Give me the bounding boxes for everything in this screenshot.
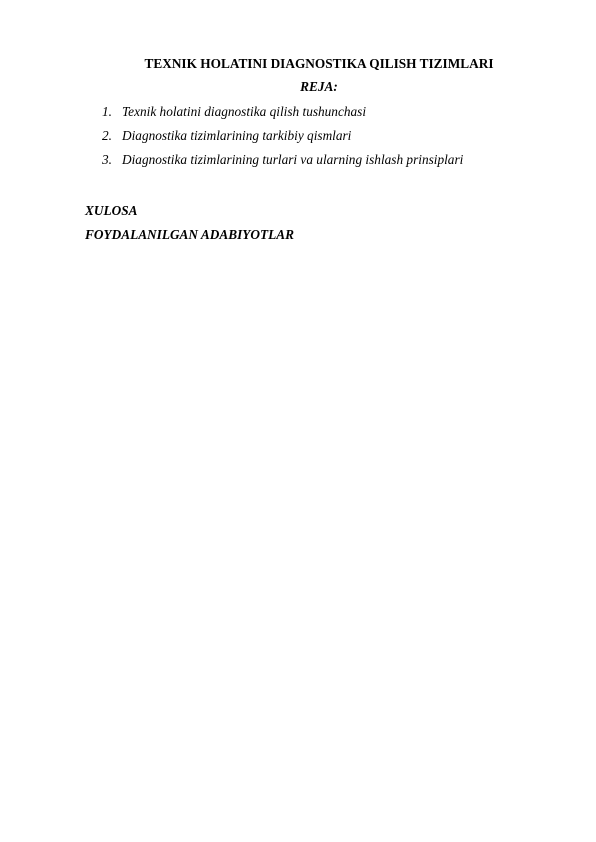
plan-item-number: 2. <box>102 127 122 151</box>
plan-item-number: 3. <box>102 151 122 175</box>
plan-item: 1. Texnik holatini diagnostika qilish tu… <box>102 103 463 127</box>
plan-heading: REJA: <box>0 79 596 95</box>
plan-item: 3. Diagnostika tizimlarining turlari va … <box>102 151 463 175</box>
plan-item-text: Texnik holatini diagnostika qilish tushu… <box>122 103 366 127</box>
plan-item-text: Diagnostika tizimlarining turlari va ula… <box>122 151 463 175</box>
references-heading: FOYDALANILGAN ADABIYOTLAR <box>85 227 294 243</box>
conclusion-heading: XULOSA <box>85 203 137 219</box>
plan-item-text: Diagnostika tizimlarining tarkibiy qisml… <box>122 127 351 151</box>
document-title: TEXNIK HOLATINI DIAGNOSTIKA QILISH TIZIM… <box>0 56 596 72</box>
plan-item: 2. Diagnostika tizimlarining tarkibiy qi… <box>102 127 463 151</box>
plan-list: 1. Texnik holatini diagnostika qilish tu… <box>102 103 463 175</box>
plan-item-number: 1. <box>102 103 122 127</box>
